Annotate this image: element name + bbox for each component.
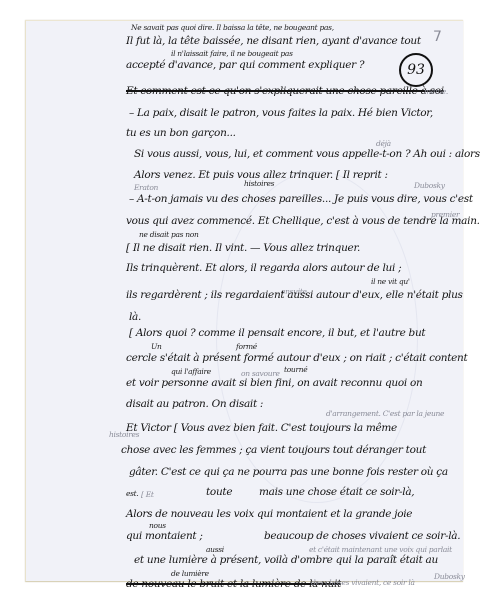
manuscript-line: Et Victor [ Vous avez bien fait. C'est t… [126, 422, 397, 434]
manuscript-line: Dubosky [434, 572, 465, 581]
manuscript-line: formé [236, 342, 257, 351]
manuscript-line: beaucoup de choses vivaient ce soir-là. [264, 530, 460, 542]
manuscript-line: et une lumière à présent, voilà d'ombre … [134, 554, 438, 566]
manuscript-line: histoires [244, 179, 274, 188]
manuscript-line: Ne savait pas quoi dire. Il baissa la tê… [131, 23, 334, 32]
manuscript-line: il n'laissait faire, il ne bougeait pas [171, 49, 293, 58]
manuscript-line: [ Et [141, 490, 154, 499]
manuscript-line: de nouveau le bruit et la lumière de la … [126, 578, 341, 590]
page-number-circled: 93 [399, 53, 433, 87]
manuscript-line: déjà [376, 139, 391, 148]
folio-number: 7 [433, 29, 442, 45]
manuscript-line: histoires [109, 430, 139, 439]
manuscript-line: même. [424, 87, 448, 96]
manuscript-line: mais une chose était ce soir-là, [259, 486, 414, 498]
manuscript-line: qui l'affaire [171, 367, 211, 376]
manuscript-line: cercle s'était à présent formé autour d'… [126, 352, 467, 364]
manuscript-line: gâter. C'est ce qui ça ne pourra pas une… [129, 466, 448, 478]
manuscript-line: Il fut là, la tête baissée, ne disant ri… [126, 35, 421, 47]
manuscript-line: il ne vit qu' [371, 277, 410, 286]
manuscript-line: ne disait pas non [139, 230, 199, 239]
manuscript-line: disait au patron. On disait : [126, 398, 263, 410]
manuscript-line: tourné [284, 365, 307, 374]
manuscript-line: Un [151, 342, 162, 351]
manuscript-line: et voir personne avait si bien fini, on … [126, 377, 423, 389]
manuscript-line: premier [431, 210, 459, 219]
manuscript-line: de lumière [171, 569, 209, 578]
manuscript-line: [ Alors quoi ? comme il pensait encore, … [129, 327, 425, 339]
manuscript-line: [ Il ne disait rien. Il vint. — Vous all… [126, 242, 360, 254]
manuscript-line: Alors de nouveau les voix qui montaient … [126, 508, 412, 520]
manuscript-line: Et comment est-ce qu'on s'expliquerait u… [126, 85, 444, 97]
manuscript-line: d'arrangement. C'est par la jeune [326, 409, 444, 418]
manuscript-line: aussi [206, 545, 224, 554]
manuscript-line: toute [206, 486, 232, 498]
manuscript-line: accepté d'avance, par qui comment expliq… [126, 59, 364, 71]
manuscript-line: – La paix, disait le patron, vous faites… [129, 107, 433, 119]
manuscript-line: Dubosky [414, 181, 445, 190]
manuscript-line: est. [126, 489, 139, 498]
page-number: 93 [407, 62, 425, 78]
manuscript-line: – A-t-on jamais vu des choses pareilles.… [129, 193, 473, 205]
manuscript-line: Eraton [134, 183, 158, 192]
manuscript-page: Ne savait pas quoi dire. Il baissa la tê… [25, 20, 463, 582]
manuscript-line: et c'était maintenant une voix qui parla… [309, 545, 452, 554]
manuscript-line: là. [129, 311, 141, 323]
manuscript-line: Si vous aussi, vous, lui, et comment vou… [134, 148, 480, 160]
manuscript-line: nous [149, 521, 166, 530]
manuscript-line: vous qui avez commencé. Et Chellique, c'… [126, 215, 480, 227]
manuscript-line: chose avec les femmes ; ça vient toujour… [121, 444, 426, 456]
manuscript-line: ils regardèrent ; ils regardaient aussi … [126, 289, 463, 301]
manuscript-line: Ils trinquèrent. Et alors, il regarda al… [126, 262, 401, 274]
manuscript-line: des choses vivaient, ce soir là [311, 578, 415, 587]
manuscript-line: tu es un bon garçon... [126, 127, 236, 139]
manuscript-line: qui montaient ; [126, 530, 203, 542]
